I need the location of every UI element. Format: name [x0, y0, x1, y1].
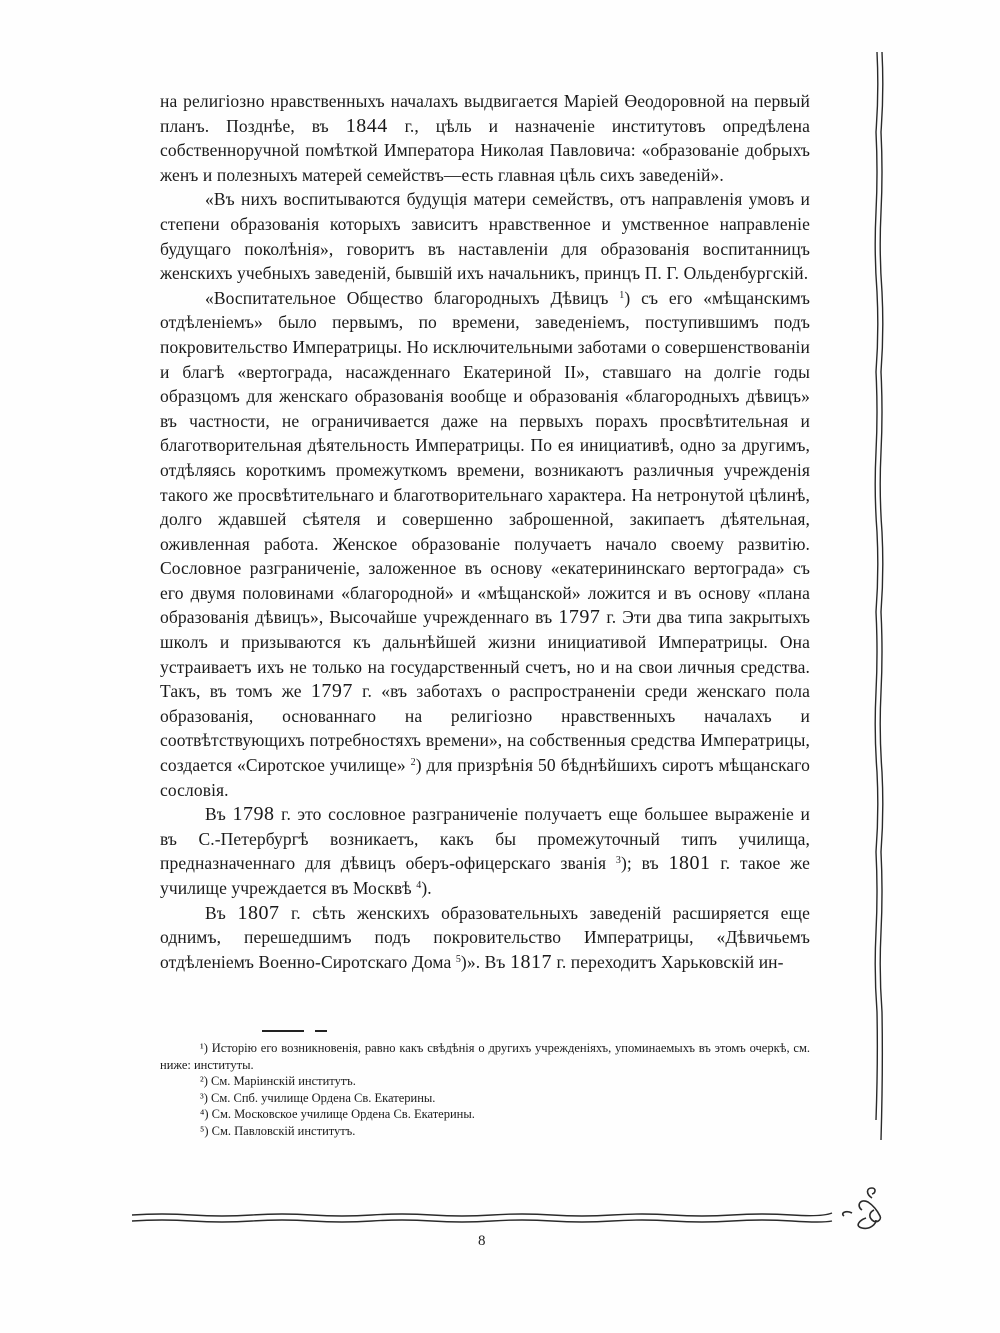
text-run: Въ	[205, 804, 233, 824]
year: 1798	[233, 803, 275, 825]
page-number: 8	[478, 1233, 486, 1250]
year: 1797	[311, 680, 353, 702]
year: 1844	[346, 115, 388, 137]
footnote: ³) См. Спб. училище Ордена Св. Екатерины…	[160, 1090, 810, 1107]
text-run: ) съ его «мѣщанскимъ отдѣленіемъ» было п…	[160, 288, 810, 628]
text-run: «Въ нихъ воспитываются будущія матери се…	[160, 189, 810, 283]
text-run: «Воспитательное Общество благородныхъ Дѣ…	[205, 288, 619, 308]
paragraph: Въ 1807 г. сѣть женскихъ образовательных…	[160, 901, 810, 975]
year: 1817	[510, 951, 552, 973]
main-text: на религіозно нравственныхъ началахъ выд…	[160, 89, 810, 974]
footnote: ²) См. Маріинскій институтъ.	[160, 1073, 810, 1090]
paragraph: на религіозно нравственныхъ началахъ выд…	[160, 89, 810, 187]
text-run: г. переходитъ Харьковскій ин-	[552, 952, 784, 972]
footnote: ⁵) См. Павловскій институтъ.	[160, 1123, 810, 1140]
paragraph: «Воспитательное Общество благородныхъ Дѣ…	[160, 286, 810, 802]
book-page: на религіозно нравственныхъ началахъ выд…	[0, 0, 1000, 1333]
text-run: ).	[421, 878, 431, 898]
footnotes: ¹) Исторію его возникновенія, равно какъ…	[160, 1040, 810, 1140]
paragraph: «Въ нихъ воспитываются будущія матери се…	[160, 187, 810, 285]
footnote: ⁴) См. Московское училище Ордена Св. Ека…	[160, 1106, 810, 1123]
vertical-border-lines	[875, 52, 883, 1140]
year: 1801	[669, 852, 711, 874]
year: 1797	[558, 606, 600, 628]
year: 1807	[237, 902, 279, 924]
text-run: Въ	[205, 903, 237, 923]
text-run: )». Въ	[461, 952, 510, 972]
corner-flourish	[843, 1188, 881, 1228]
text-run: ); въ	[621, 853, 669, 873]
horizontal-border-lines	[132, 1213, 832, 1222]
paragraph: Въ 1798 г. это сословное разграниченіе п…	[160, 802, 810, 900]
footnote: ¹) Исторію его возникновенія, равно какъ…	[160, 1040, 810, 1073]
